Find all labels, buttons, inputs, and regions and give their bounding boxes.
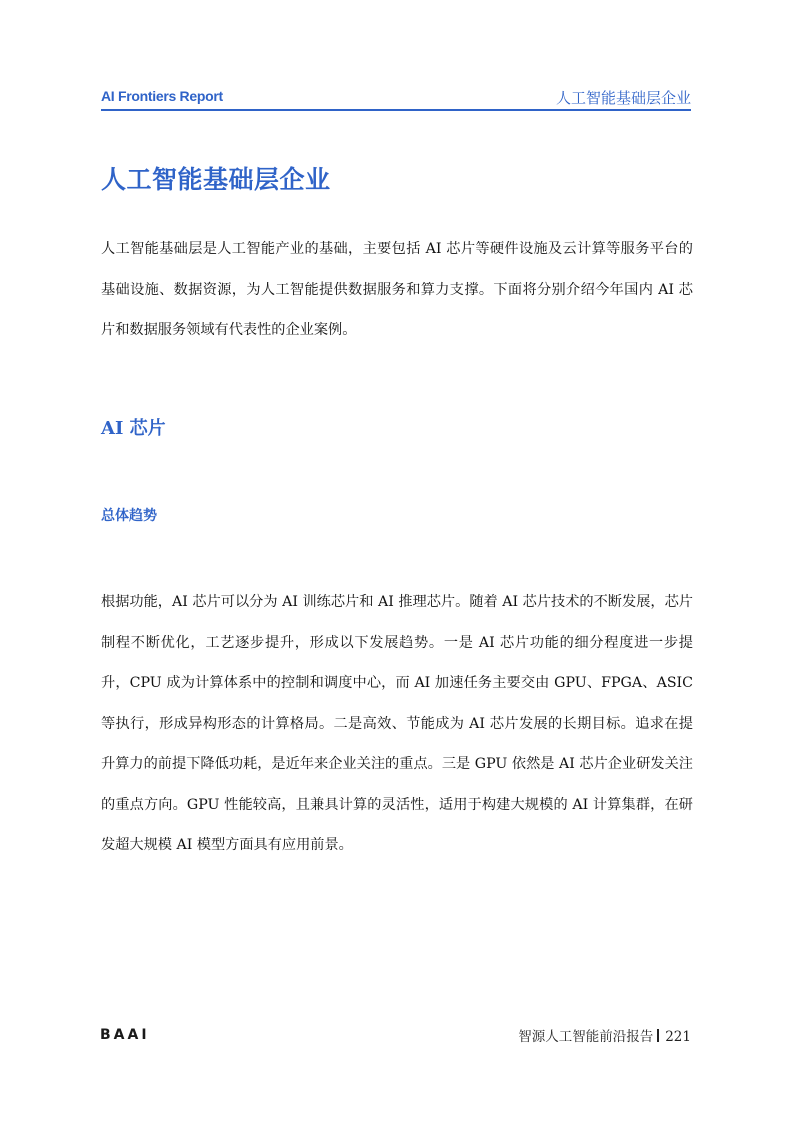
header-divider	[101, 109, 691, 111]
section-heading: AI 芯片	[101, 414, 166, 440]
page-number: 221	[665, 1029, 691, 1045]
section-subheading: 总体趋势	[101, 505, 157, 525]
footer-report-name: 智源人工智能前沿报告	[518, 1029, 653, 1045]
page-header: AI Frontiers Report 人工智能基础层企业	[101, 86, 691, 110]
footer-separator	[657, 1029, 659, 1042]
baai-logo: BAAI	[100, 1027, 150, 1043]
document-page: AI Frontiers Report 人工智能基础层企业 人工智能基础层企业 …	[0, 0, 793, 1122]
header-report-title: AI Frontiers Report	[101, 88, 223, 104]
page-footer: 智源人工智能前沿报告221	[518, 1025, 691, 1045]
trend-paragraph: 根据功能，AI 芯片可以分为 AI 训练芯片和 AI 推理芯片。随着 AI 芯片…	[101, 582, 693, 866]
page-title: 人工智能基础层企业	[101, 160, 331, 196]
intro-paragraph: 人工智能基础层是人工智能产业的基础，主要包括 AI 芯片等硬件设施及云计算等服务…	[101, 229, 693, 351]
header-chapter-title: 人工智能基础层企业	[556, 87, 691, 108]
